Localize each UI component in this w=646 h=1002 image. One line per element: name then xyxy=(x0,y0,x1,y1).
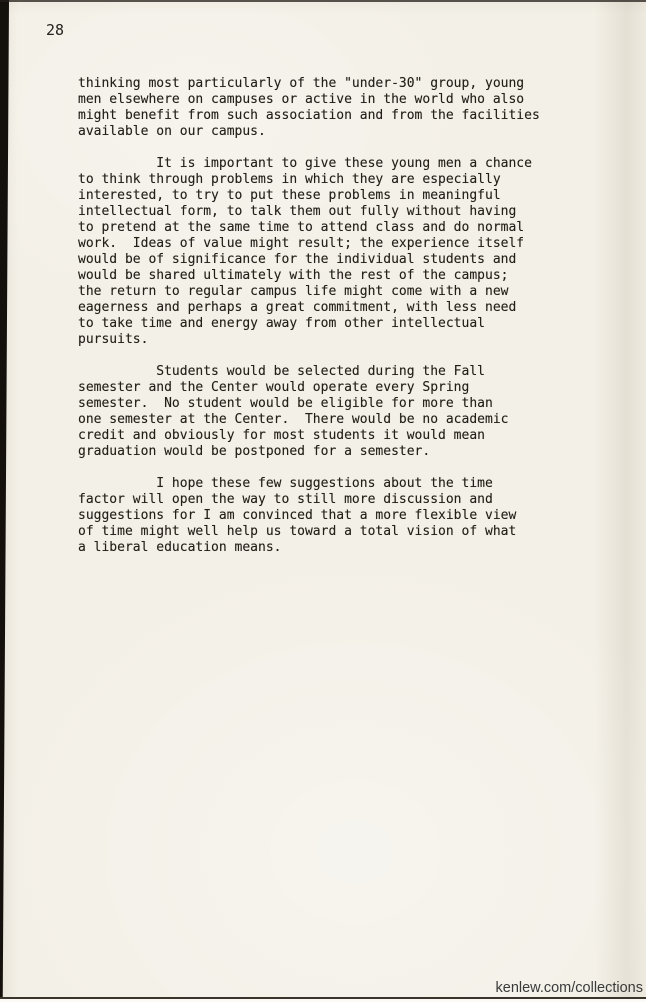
paragraph-4: I hope these few suggestions about the t… xyxy=(78,476,598,556)
paragraph-1: thinking most particularly of the "under… xyxy=(78,76,598,140)
page-number: 28 xyxy=(46,21,64,39)
page-left-black-edge xyxy=(0,0,9,1002)
letter-body: thinking most particularly of the "under… xyxy=(78,76,598,556)
paragraph-3: Students would be selected during the Fa… xyxy=(78,364,598,460)
paragraph-2: It is important to give these young men … xyxy=(78,156,598,348)
page-top-edge-line xyxy=(0,0,646,2)
collection-watermark: kenlew.com/collections xyxy=(496,980,644,997)
scanned-document-page: 28 thinking most particularly of the "un… xyxy=(0,0,646,1002)
